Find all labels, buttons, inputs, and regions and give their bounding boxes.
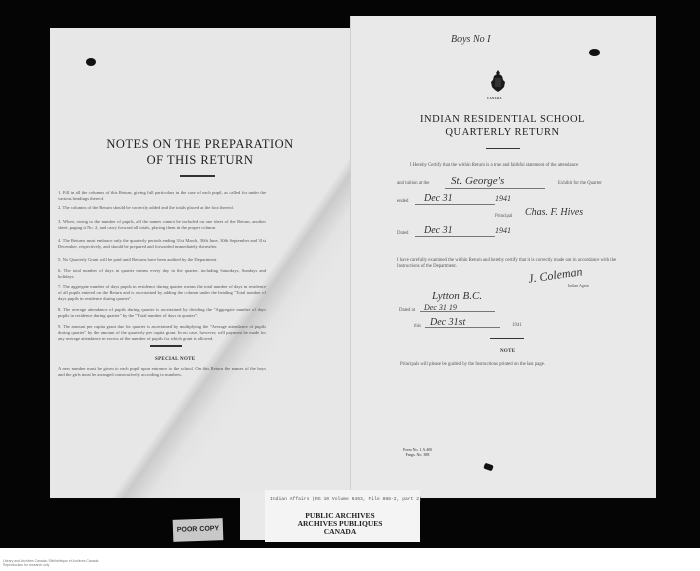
return-title: INDIAN RESIDENTIAL SCHOOL QUARTERLY RETU… xyxy=(350,113,655,139)
footer-credit: Library and Archives Canada / Bibliothèq… xyxy=(3,559,98,567)
form-number: Form No. 1 A 400 Fmgs. No. 388 xyxy=(403,447,432,457)
ended-label: ended xyxy=(397,199,408,204)
crest-label: CANADA xyxy=(487,96,502,100)
note-paragraph-6: 6. The total number of days in quarter m… xyxy=(58,268,266,280)
tuition-label: and tuition at the xyxy=(397,181,429,186)
note-paragraph-2: 2. The columns of the Return should be c… xyxy=(58,205,266,211)
note-rule xyxy=(490,338,524,339)
dated-year-field: 1941 xyxy=(495,226,511,235)
this-year-field: 1941 xyxy=(512,323,522,328)
note-paragraph-4: 4. The Returns must embrace only the qua… xyxy=(58,238,266,250)
special-note-heading: SPECIAL NOTE xyxy=(155,357,195,362)
special-note-rule xyxy=(150,345,182,347)
dated-at-underline xyxy=(420,311,495,312)
title-rule xyxy=(486,148,520,149)
note-paragraph-1: 1. Fill in all the columns of this Retur… xyxy=(58,190,266,202)
poor-copy-stamp: POOR COPY xyxy=(173,518,224,542)
notes-title: NOTES ON THE PREPARATION OF THIS RETURN xyxy=(50,136,350,168)
dated-date-field: Dec 31 xyxy=(424,225,453,236)
handwritten-header: Boys No I xyxy=(451,34,490,45)
this-label: this xyxy=(414,324,421,329)
dated-underline xyxy=(415,236,495,237)
canada-coat-of-arms-icon xyxy=(490,70,506,92)
dated-at-label: Dated at xyxy=(399,308,415,313)
place-field: Lytton B.C. xyxy=(432,290,482,302)
note-heading: NOTE xyxy=(500,349,515,354)
school-name-field: St. George's xyxy=(451,175,504,187)
title-rule xyxy=(180,175,215,177)
exhibit-label: Exhibit for the Quarter xyxy=(558,181,602,186)
school-name-underline xyxy=(445,188,545,189)
archive-reference: Indian Affairs (RG 10 Volume 6463, File … xyxy=(270,497,422,502)
archive-line-3: CANADA xyxy=(265,528,415,536)
left-page: NOTES ON THE PREPARATION OF THIS RETURN … xyxy=(50,28,350,498)
certify-text: I Hereby Certify that the within Return … xyxy=(410,163,610,168)
note-paragraph-8: 8. The average attendance of pupils duri… xyxy=(58,307,266,319)
special-note-text: A new number must be given to each pupil… xyxy=(58,366,266,378)
ended-date-field: Dec 31 xyxy=(424,193,453,204)
note-text: Principals will please be guided by the … xyxy=(400,362,545,367)
principal-label: Principal xyxy=(495,214,512,219)
dated-label: Dated xyxy=(397,231,408,236)
agent-certify-text: I have carefully examined the within Ret… xyxy=(397,258,619,270)
note-paragraph-3: 3. When, owing to the number of pupils, … xyxy=(58,219,266,231)
indian-agent-label: Indian Agent xyxy=(568,283,589,288)
note-paragraph-9: 9. The amount per capita grant due for q… xyxy=(58,324,266,342)
note-paragraph-5: 5. No Quarterly Grant will be paid until… xyxy=(58,257,266,263)
punch-hole xyxy=(86,58,96,66)
punch-hole xyxy=(589,49,600,56)
note-paragraph-7: 7. The aggregate number of days pupils i… xyxy=(58,284,266,302)
this-underline xyxy=(425,327,500,328)
principal-signature: Chas. F. Hives xyxy=(525,207,583,218)
ended-year-field: 1941 xyxy=(495,194,511,203)
ended-underline xyxy=(415,204,495,205)
